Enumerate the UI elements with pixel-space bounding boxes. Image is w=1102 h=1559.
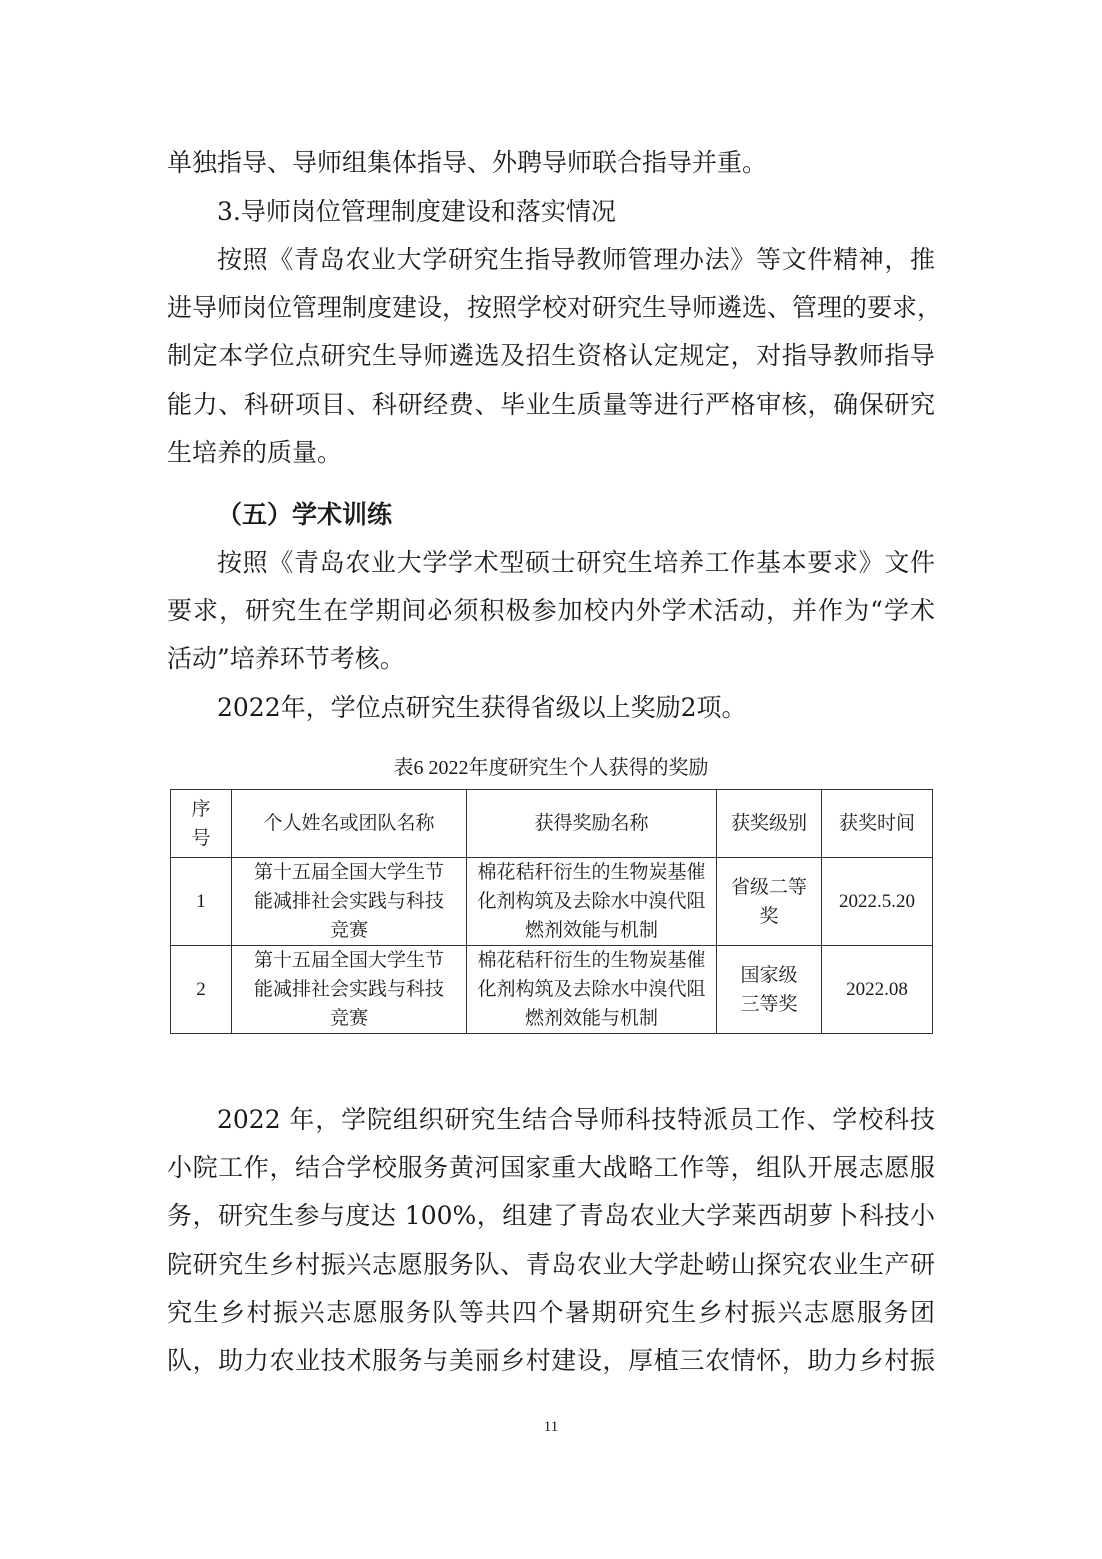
paragraph-line: 活动”培养环节考核。	[167, 644, 935, 674]
paragraph-line: 生培养的质量。	[167, 438, 935, 468]
header-date: 获奖时间	[822, 790, 933, 858]
cell-date: 2022.08	[822, 946, 933, 1034]
cell-award: 棉花秸秆衍生的生物炭基催化剂构筑及去除水中溴代阻燃剂效能与机制	[467, 858, 717, 946]
header-award: 获得奖励名称	[467, 790, 717, 858]
table-row: 2 第十五届全国大学生节能减排社会实践与科技竞赛 棉花秸秆衍生的生物炭基催化剂构…	[171, 946, 933, 1034]
header-level: 获奖级别	[717, 790, 822, 858]
section-heading: （五）学术训练	[217, 500, 392, 530]
paragraph-line: 队，助力农业技术服务与美丽乡村建设，厚植三农情怀，助力乡村振	[167, 1346, 935, 1376]
paragraph-line: 按照《青岛农业大学学术型硕士研究生培养工作基本要求》文件	[217, 548, 935, 578]
page-number: 11	[0, 1417, 1102, 1437]
table-header-row: 序 号 个人姓名或团队名称 获得奖励名称 获奖级别 获奖时间	[171, 790, 933, 858]
cell-name: 第十五届全国大学生节能减排社会实践与科技竞赛	[232, 858, 467, 946]
paragraph-line: 要求，研究生在学期间必须积极参加校内外学术活动，并作为“学术	[167, 596, 935, 626]
subsection-title: 3.导师岗位管理制度建设和落实情况	[217, 197, 935, 227]
header-index: 序 号	[171, 790, 232, 858]
cell-date: 2022.5.20	[822, 858, 933, 946]
cell-name: 第十五届全国大学生节能减排社会实践与科技竞赛	[232, 946, 467, 1034]
cell-award: 棉花秸秆衍生的生物炭基催化剂构筑及去除水中溴代阻燃剂效能与机制	[467, 946, 717, 1034]
paragraph-line: 进导师岗位管理制度建设，按照学校对研究生导师遴选、管理的要求，	[167, 293, 935, 323]
header-index-label: 序 号	[191, 799, 210, 849]
awards-table: 序 号 个人姓名或团队名称 获得奖励名称 获奖级别 获奖时间 1 第十五届全国大…	[170, 789, 933, 1034]
paragraph-line: 2022年，学位点研究生获得省级以上奖励2项。	[217, 693, 935, 723]
paragraph-line: 院研究生乡村振兴志愿服务队、青岛农业大学赴崂山探究农业生产研	[167, 1250, 935, 1280]
paragraph-line: 务，研究生参与度达 100%，组建了青岛农业大学莱西胡萝卜科技小	[167, 1201, 935, 1231]
paragraph-line: 单独指导、导师组集体指导、外聘导师联合指导并重。	[167, 148, 935, 178]
paragraph-line: 制定本学位点研究生导师遴选及招生资格认定规定，对指导教师指导	[167, 341, 935, 371]
paragraph-line: 按照《青岛农业大学研究生指导教师管理办法》等文件精神，推	[217, 245, 935, 275]
cell-level: 省级二等奖	[717, 858, 822, 946]
paragraph-line: 究生乡村振兴志愿服务队等共四个暑期研究生乡村振兴志愿服务团	[167, 1298, 935, 1328]
document-page: 单独指导、导师组集体指导、外聘导师联合指导并重。 3.导师岗位管理制度建设和落实…	[0, 0, 1102, 1559]
table-row: 1 第十五届全国大学生节能减排社会实践与科技竞赛 棉花秸秆衍生的生物炭基催化剂构…	[171, 858, 933, 946]
paragraph-line: 2022 年，学院组织研究生结合导师科技特派员工作、学校科技	[217, 1105, 935, 1135]
paragraph-line: 小院工作，结合学校服务黄河国家重大战略工作等，组队开展志愿服	[167, 1153, 935, 1183]
paragraph-line: 能力、科研项目、科研经费、毕业生质量等进行严格审核，确保研究	[167, 390, 935, 420]
cell-index: 2	[171, 946, 232, 1034]
header-name: 个人姓名或团队名称	[232, 790, 467, 858]
table-caption: 表6 2022年度研究生个人获得的奖励	[0, 755, 1102, 781]
cell-index: 1	[171, 858, 232, 946]
cell-level: 国家级三等奖	[717, 946, 822, 1034]
